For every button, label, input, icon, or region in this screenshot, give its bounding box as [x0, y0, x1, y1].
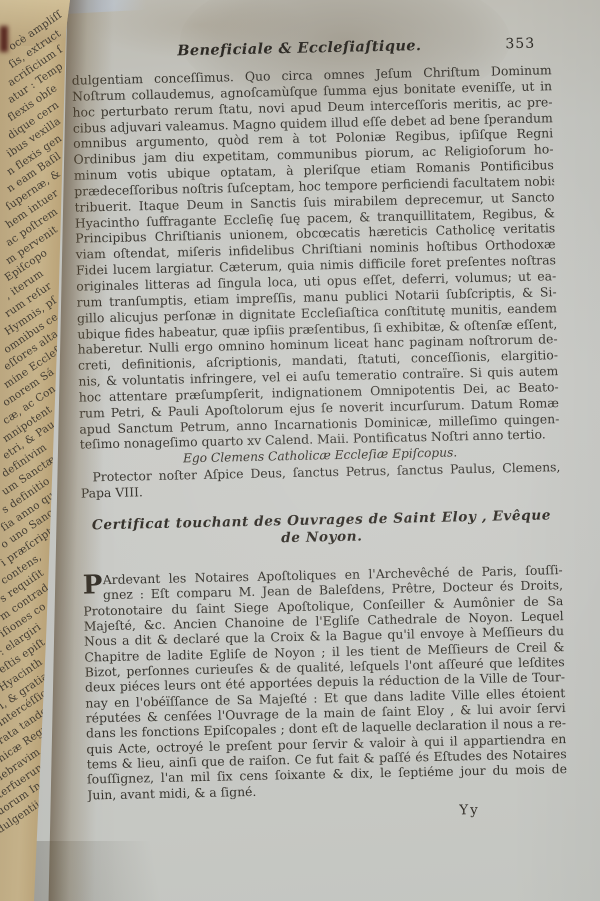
section-heading: Certificat touchant des Ouvrages de Sain… [81, 506, 592, 551]
book-photograph: Beneficiale & Eccleſiaſtique. 353 dulgen… [0, 0, 600, 901]
running-header-row: Beneficiale & Eccleſiaſtique. 353 [71, 34, 559, 67]
running-header-title: Beneficiale & Eccleſiaſtique. [177, 37, 422, 59]
page-content: Beneficiale & Eccleſiaſtique. 353 dulgen… [58, 0, 578, 901]
signature-mark: Yy [88, 800, 576, 827]
latin-paragraph: dulgentiam conceſſimus. Quo circa omnes … [72, 62, 560, 453]
page-number: 353 [505, 36, 535, 53]
french-paragraph: P Ardevant les Notaires Apoſtoliques en … [83, 562, 568, 803]
